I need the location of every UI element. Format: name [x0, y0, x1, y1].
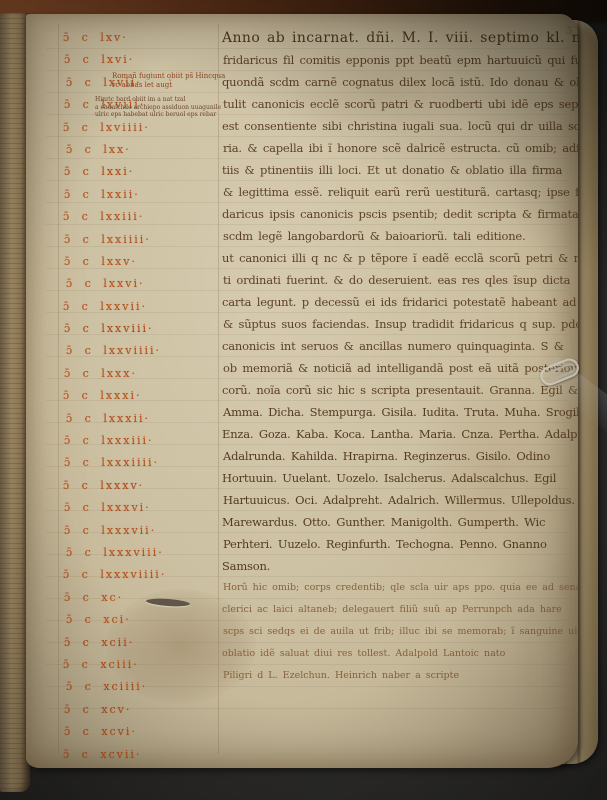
annal-note-1: Romañ fugiunt obiit ps̃ Hincquarc abbas …	[112, 72, 225, 89]
text-line: quondã scdm carnẽ cognatus dilex locã is…	[222, 71, 578, 93]
text-line: & sũptus suos faciendas. Insup tradidit …	[223, 313, 578, 335]
margin-year: ɔ̄ c xcvi·	[64, 721, 167, 743]
text-line: Anno ab incarnat. dñi. M. I. viii. septi…	[222, 27, 578, 49]
vertical-rule-left	[58, 24, 59, 754]
margin-year: ɔ̄ c xci·	[66, 609, 169, 631]
margin-year: ɔ̄ c lxxxvi·	[64, 497, 167, 519]
margin-year: ɔ̄ c lxvi·	[64, 49, 167, 71]
text-line: Hortuuin. Uuelant. Uozelo. Isalcherus. A…	[222, 467, 578, 489]
margin-year: ɔ̄ c lxxiii·	[63, 206, 166, 228]
margin-year: ɔ̄ c lxxii·	[64, 184, 167, 206]
margin-year: ɔ̄ c lxxxi·	[63, 385, 166, 407]
margin-year: ɔ̄ c lxxx·	[64, 363, 167, 385]
margin-year: ɔ̄ c xcii·	[64, 632, 167, 654]
margin-year: ɔ̄ c lxxxviii·	[66, 542, 169, 564]
annal-note-line: rc abbas let augt̃	[112, 81, 225, 90]
margin-year: ɔ̄ c lxxv·	[64, 251, 167, 273]
margin-year: ɔ̄ c xc·	[64, 587, 167, 609]
text-line: Enza. Goza. Kaba. Koca. Lantha. Maria. C…	[222, 423, 578, 445]
text-line: ti ordinati fuerint. & do deseruient. ea…	[223, 269, 578, 291]
text-line: ria. & capella ibi ĩ honore scẽ dalricẽ …	[223, 137, 578, 159]
annal-note-line: a chualchde archiepo assiduon uuagunile	[95, 104, 221, 112]
vertical-rule-right	[218, 24, 219, 754]
margin-year: ɔ̄ c lxv·	[63, 27, 166, 49]
margin-year: ɔ̄ c lxxxviiii·	[63, 564, 166, 586]
text-line: Samson.	[222, 555, 578, 577]
margin-year: ɔ̄ c lxxxiiii·	[64, 452, 167, 474]
text-line: Marewardus. Otto. Gunther. Manigolth. Gu…	[222, 511, 578, 533]
text-line: scdm legẽ langobardorũ & baioariorũ. tal…	[223, 225, 578, 247]
text-line: est consentiente sibi christina iugali s…	[222, 115, 578, 137]
charter-text-block: Anno ab incarnat. dñi. M. I. viii. septi…	[222, 27, 578, 687]
text-line: scps sci sedqs ei de auila ut frib; illu…	[223, 621, 578, 643]
text-line: Adalrunda. Kahilda. Hrapirna. Reginzerus…	[223, 445, 578, 467]
margin-year: ɔ̄ c lxxxiii·	[64, 430, 167, 452]
text-line: tulit canonicis ecclẽ scorũ patri & ruod…	[223, 93, 578, 115]
text-line: Perhteri. Uuzelo. Reginfurth. Techogna. …	[223, 533, 578, 555]
text-line: Hartuuicus. Oci. Adalpreht. Adalrich. Wi…	[223, 489, 578, 511]
margin-year-list: ɔ̄ c lxv·ɔ̄ c lxvi·ɔ̄ c lxvii·ɔ̄ c lxvii…	[64, 27, 167, 766]
margin-year: ɔ̄ c lxxvi·	[66, 273, 169, 295]
margin-year: ɔ̄ c lxxiiii·	[64, 229, 167, 251]
margin-year: ɔ̄ c lxxvii·	[63, 296, 166, 318]
margin-year: ɔ̄ c lxx·	[66, 139, 169, 161]
text-line: tiis & ptinentiis illi loci. Et ut donat…	[222, 159, 578, 181]
text-line: ob memoriã & noticiã ad intelligandã pos…	[223, 357, 578, 379]
margin-year: ɔ̄ c xciii·	[63, 654, 166, 676]
manuscript-photo: 5 ɔ̄ c lxv·ɔ̄ c lxvi·ɔ̄ c lxvii·ɔ̄ c lxv…	[0, 0, 607, 800]
text-line: daricus ipsis canonicis pscis psentib; d…	[222, 203, 578, 225]
text-line: & legittima essẽ. reliquit earũ rerũ ues…	[223, 181, 578, 203]
text-line: Piligri d L. Ezelchun. Heinrich naber a …	[223, 665, 578, 687]
margin-year: ɔ̄ c lxviiii·	[63, 117, 166, 139]
text-line: canonicis int seruos & ancillas numero q…	[222, 335, 578, 357]
text-line: clerici ac laici altaneb; delegauert fil…	[222, 599, 578, 621]
margin-year: ɔ̄ c xcvii·	[63, 744, 166, 766]
text-line: Horũ hic omib; corps credentib; qle scla…	[223, 577, 578, 599]
margin-year: ɔ̄ c xciiii·	[66, 676, 169, 698]
text-line: ut canonici illi q nc & p tẽpore ĩ eadẽ …	[222, 247, 578, 269]
margin-year: ɔ̄ c lxxviiii·	[66, 340, 169, 362]
annal-note-2: Hinric bard obiit im a nat tzala chualch…	[95, 96, 221, 119]
annal-note-line: Hinric bard obiit im a nat tzal	[95, 96, 221, 104]
margin-year: ɔ̄ c lxxxii·	[66, 408, 169, 430]
margin-year: ɔ̄ c lxxxvii·	[64, 520, 167, 542]
margin-year: ɔ̄ c lxxi·	[64, 161, 167, 183]
text-line: carta legunt. p decessũ ei ids fridarici…	[222, 291, 578, 313]
text-line: oblatio idẽ saluat diui res tollest. Ada…	[222, 643, 578, 665]
margin-year: ɔ̄ c xcv·	[64, 699, 167, 721]
annal-note-line: ulric eps habebat ulric beruol eps rebar	[95, 111, 221, 119]
margin-year: ɔ̄ c lxxxv·	[63, 475, 166, 497]
text-line: fridaricus fil comitis epponis ppt beatũ…	[223, 49, 578, 71]
parchment-page: 5 ɔ̄ c lxv·ɔ̄ c lxvi·ɔ̄ c lxvii·ɔ̄ c lxv…	[26, 14, 578, 768]
annal-note-line: Romañ fugiunt obiit ps̃ Hincqua	[112, 72, 225, 81]
margin-year: ɔ̄ c lxxviii·	[64, 318, 167, 340]
text-line: Amma. Dicha. Stempurga. Gisila. Iudita. …	[223, 401, 578, 423]
text-line: corũ. noĩa corũ sic hic s scripta presen…	[222, 379, 578, 401]
